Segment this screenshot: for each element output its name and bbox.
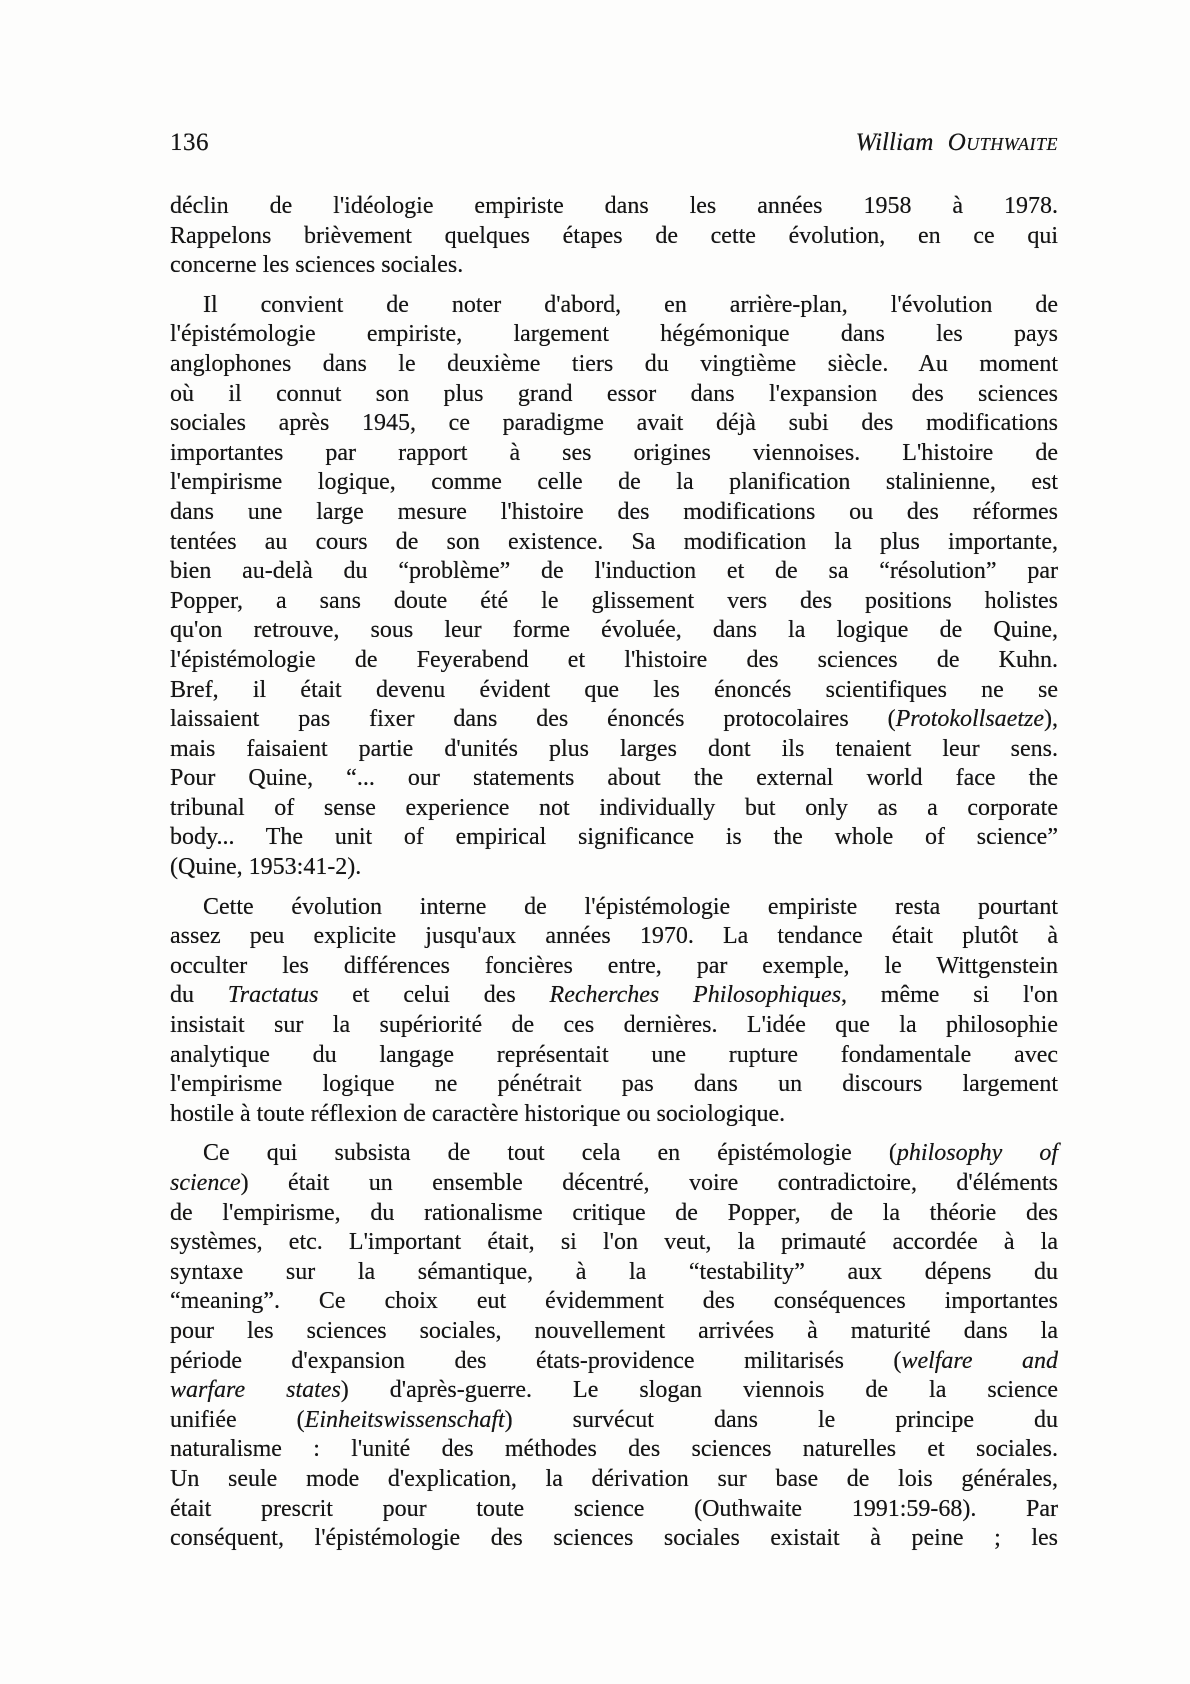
text-segment: du [170,982,228,1008]
text-line: pour les sciences sociales, nouvellement… [170,1317,1058,1347]
text-line: de l'empirisme, du rationalisme critique… [170,1199,1058,1229]
text-segment: naturalisme : l'unité des méthodes des s… [170,1436,1058,1462]
text-segment: analytique du langage représentait une r… [170,1042,1058,1068]
text-line: analytique du langage représentait une r… [170,1041,1058,1071]
text-line: Rappelons brièvement quelques étapes de … [170,222,1058,252]
text-line: warfare states) d'après-guerre. Le sloga… [170,1376,1058,1406]
italic-text-segment: warfare states [170,1377,341,1403]
text-segment: période d'expansion des états-providence… [170,1348,901,1374]
text-segment: “meaning”. Ce choix eut évidemment des c… [170,1288,1058,1314]
text-line: unifiée (Einheitswissenschaft) survécut … [170,1406,1058,1436]
text-segment: systèmes, etc. L'important était, si l'o… [170,1229,1058,1255]
text-segment: était prescrit pour toute science (Outhw… [170,1496,1058,1522]
text-segment: l'empirisme logique, comme celle de la p… [170,469,1058,495]
text-line: science) était un ensemble décentré, voi… [170,1169,1058,1199]
text-segment: ), [1044,706,1058,732]
text-segment: l'épistémologie de Feyerabend et l'histo… [170,647,1058,673]
italic-text-segment: welfare and [901,1348,1058,1374]
text-line: du Tractatus et celui des Recherches Phi… [170,981,1058,1011]
text-segment: anglophones dans le deuxième tiers du vi… [170,351,1058,377]
text-segment: tentées au cours de son existence. Sa mo… [170,529,1058,555]
text-segment: Ce qui subsista de tout cela en épistémo… [203,1140,897,1166]
text-segment: concerne les sciences sociales. [170,252,463,278]
text-line: hostile à toute réflexion de caractère h… [170,1100,1058,1130]
text-segment: body... The unit of empirical significan… [170,824,1058,850]
italic-text-segment: philosophy of [897,1140,1058,1166]
text-segment: Un seule mode d'explication, la dérivati… [170,1466,1058,1492]
text-segment: qu'on retrouve, sous leur forme évoluée,… [170,617,1058,643]
scanned-book-page: 136 William Outhwaite déclin de l'idéolo… [0,0,1190,1684]
text-line: concerne les sciences sociales. [170,251,1058,281]
text-segment: Cette évolution interne de l'épistémolog… [203,894,1058,920]
text-segment: laissaient pas fixer dans des énoncés pr… [170,706,896,732]
text-line: tentées au cours de son existence. Sa mo… [170,528,1058,558]
italic-text-segment: Protokollsaetze [896,706,1044,732]
text-segment: bien au-delà du “problème” de l'inductio… [170,558,1058,584]
text-segment: Rappelons brièvement quelques étapes de … [170,223,1058,249]
text-line: mais faisaient partie d'unités plus larg… [170,735,1058,765]
text-segment: déclin de l'idéologie empiriste dans les… [170,193,1058,219]
page-number: 136 [170,129,209,157]
text-segment: dans une large mesure l'histoire des mod… [170,499,1058,525]
text-line: dans une large mesure l'histoire des mod… [170,498,1058,528]
page-body: déclin de l'idéologie empiriste dans les… [170,192,1058,1554]
text-line: importantes par rapport à ses origines v… [170,439,1058,469]
text-segment: Bref, il était devenu évident que les én… [170,677,1058,703]
text-line: où il connut son plus grand essor dans l… [170,380,1058,410]
text-segment: , même si l'on [841,982,1058,1008]
text-line: systèmes, etc. L'important était, si l'o… [170,1228,1058,1258]
text-segment: conséquent, l'épistémologie des sciences… [170,1525,1058,1551]
text-segment: ) était un ensemble décentré, voire cont… [241,1170,1058,1196]
text-segment: où il connut son plus grand essor dans l… [170,381,1058,407]
text-segment: sociales après 1945, ce paradigme avait … [170,410,1058,436]
text-segment: hostile à toute réflexion de caractère h… [170,1101,785,1127]
text-line: l'épistémologie de Feyerabend et l'histo… [170,646,1058,676]
author-last-name: Outhwaite [948,129,1058,156]
text-line: insistait sur la supériorité de ces dern… [170,1011,1058,1041]
running-header: 136 William Outhwaite [170,129,1058,157]
text-line: l'épistémologie empiriste, largement hég… [170,320,1058,350]
text-line: Pour Quine, “... our statements about th… [170,764,1058,794]
text-line: période d'expansion des états-providence… [170,1347,1058,1377]
italic-text-segment: Recherches Philosophiques [550,982,841,1008]
text-segment: syntaxe sur la sémantique, à la “testabi… [170,1259,1058,1285]
text-line: déclin de l'idéologie empiriste dans les… [170,192,1058,222]
text-line: qu'on retrouve, sous leur forme évoluée,… [170,616,1058,646]
paragraph-2: Il convient de noter d'abord, en arrière… [170,291,1058,883]
author-first-name: William [856,129,934,156]
text-segment: ) survécut dans le principe du [505,1407,1058,1433]
text-segment: tribunal of sense experience not individ… [170,795,1058,821]
italic-text-segment: Tractatus [228,982,319,1008]
text-segment: unifiée ( [170,1407,305,1433]
text-line: naturalisme : l'unité des méthodes des s… [170,1435,1058,1465]
text-line: occulter les différences foncières entre… [170,952,1058,982]
text-segment: Popper, a sans doute été le glissement v… [170,588,1058,614]
text-segment: ) d'après-guerre. Le slogan viennois de … [341,1377,1058,1403]
text-line: anglophones dans le deuxième tiers du vi… [170,350,1058,380]
text-segment: importantes par rapport à ses origines v… [170,440,1058,466]
text-segment: assez peu explicite jusqu'aux années 197… [170,923,1058,949]
text-line: Ce qui subsista de tout cela en épistémo… [170,1139,1058,1169]
text-line: l'empirisme logique ne pénétrait pas dan… [170,1070,1058,1100]
text-segment: de l'empirisme, du rationalisme critique… [170,1200,1058,1226]
text-segment: pour les sciences sociales, nouvellement… [170,1318,1058,1344]
text-segment: (Quine, 1953:41-2). [170,854,361,880]
text-line: laissaient pas fixer dans des énoncés pr… [170,705,1058,735]
text-segment: l'épistémologie empiriste, largement hég… [170,321,1058,347]
text-segment: l'empirisme logique ne pénétrait pas dan… [170,1071,1058,1097]
text-segment: Pour Quine, “... our statements about th… [170,765,1058,791]
running-head-author: William Outhwaite [856,129,1058,157]
text-segment: occulter les différences foncières entre… [170,953,1058,979]
text-line: Un seule mode d'explication, la dérivati… [170,1465,1058,1495]
italic-text-segment: science [170,1170,241,1196]
paragraph-3: Cette évolution interne de l'épistémolog… [170,893,1058,1130]
text-segment: Il convient de noter d'abord, en arrière… [203,292,1058,318]
text-line: conséquent, l'épistémologie des sciences… [170,1524,1058,1554]
text-line: assez peu explicite jusqu'aux années 197… [170,922,1058,952]
text-line: Il convient de noter d'abord, en arrière… [170,291,1058,321]
text-line: body... The unit of empirical significan… [170,823,1058,853]
text-segment: et celui des [318,982,549,1008]
text-segment: mais faisaient partie d'unités plus larg… [170,736,1058,762]
text-line: syntaxe sur la sémantique, à la “testabi… [170,1258,1058,1288]
text-line: (Quine, 1953:41-2). [170,853,1058,883]
text-line: l'empirisme logique, comme celle de la p… [170,468,1058,498]
text-line: Popper, a sans doute été le glissement v… [170,587,1058,617]
text-line: bien au-delà du “problème” de l'inductio… [170,557,1058,587]
paragraph-1: déclin de l'idéologie empiriste dans les… [170,192,1058,281]
text-line: Bref, il était devenu évident que les én… [170,676,1058,706]
text-line: “meaning”. Ce choix eut évidemment des c… [170,1287,1058,1317]
text-line: était prescrit pour toute science (Outhw… [170,1495,1058,1525]
text-line: tribunal of sense experience not individ… [170,794,1058,824]
text-line: Cette évolution interne de l'épistémolog… [170,893,1058,923]
text-segment: insistait sur la supériorité de ces dern… [170,1012,1058,1038]
italic-text-segment: Einheitswissenschaft [305,1407,505,1433]
paragraph-4: Ce qui subsista de tout cela en épistémo… [170,1139,1058,1553]
text-line: sociales après 1945, ce paradigme avait … [170,409,1058,439]
